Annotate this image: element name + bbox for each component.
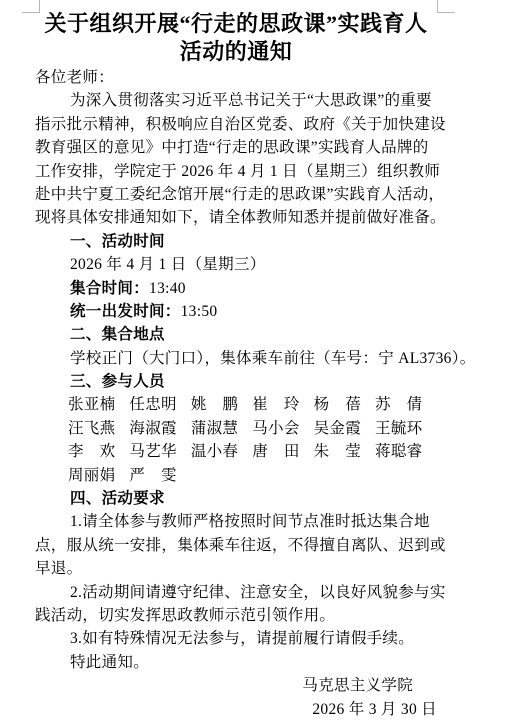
section-1-heading: 一、活动时间	[35, 230, 437, 253]
participant-name: 姚 鹏	[191, 393, 238, 416]
participant-name: 苏 倩	[375, 393, 422, 416]
intro-line: 指示批示精神，积极响应自治区党委、政府《关于加快建设	[35, 113, 437, 136]
requirement-2-line: 2.活动期间请遵守纪律、注意安全，以良好风貌参与实	[35, 581, 437, 604]
participant-name: 崔 玲	[252, 393, 299, 416]
requirement-2-line: 践活动，切实发挥思政教师示范引领作用。	[35, 604, 437, 627]
requirement-3-line: 3.如有特殊情况无法参与，请提前履行请假手续。	[35, 627, 437, 650]
participant-name: 张亚楠	[68, 393, 115, 416]
salutation: 各位老师：	[35, 66, 437, 89]
participant-name: 李 欢	[68, 440, 115, 463]
participant-name: 吴金霞	[314, 417, 361, 440]
notice-title-line-2: 活动的通知	[35, 38, 437, 66]
depart-time-value: 13:50	[181, 303, 218, 320]
participants-row: 李 欢 马艺华 温小春 唐 田 朱 莹 蒋聪睿	[35, 440, 437, 463]
participant-name: 唐 田	[252, 440, 299, 463]
participant-name: 海淑霞	[129, 417, 176, 440]
intro-line: 赴中共宁夏工委纪念馆开展“行走的思政课”实践育人活动，	[35, 183, 437, 206]
closing-line: 特此通知。	[35, 651, 437, 674]
participants-row: 张亚楠 任忠明 姚 鹏 崔 玲 杨 蓓 苏 倩	[35, 393, 437, 416]
participant-name: 杨 蓓	[314, 393, 361, 416]
signature-date: 2026 年 3 月 30 日	[35, 698, 437, 721]
intro-line: 为深入贯彻落实习近平总书记关于“大思政课”的重要	[35, 89, 437, 112]
participant-name: 蒲淑慧	[191, 417, 238, 440]
document-page: 关于组织开展“行走的思政课”实践育人 活动的通知 各位老师： 为深入贯彻落实习近…	[0, 0, 510, 723]
notice-document: 关于组织开展“行走的思政课”实践育人 活动的通知 各位老师： 为深入贯彻落实习近…	[35, 10, 437, 721]
notice-title-line-1: 关于组织开展“行走的思政课”实践育人	[35, 10, 437, 38]
participant-name: 任忠明	[129, 393, 176, 416]
section-4-heading: 四、活动要求	[35, 487, 437, 510]
gather-time-value: 13:40	[149, 280, 186, 297]
gather-time-label: 集合时间：	[70, 280, 149, 297]
text-boundary-mark-right	[437, 0, 455, 13]
meeting-place: 学校正门（大门口），集体乘车前往（车号：宁 AL3736）。	[35, 347, 437, 370]
gather-time-line: 集合时间：13:40	[35, 277, 437, 300]
participant-name: 朱 莹	[314, 440, 361, 463]
requirement-1-line: 点，服从统一安排，集体乘车往返，不得擅自离队、迟到或	[35, 534, 437, 557]
participants-row: 周丽娟 严 雯	[35, 464, 437, 487]
signature-org: 马克思主义学院	[35, 674, 437, 697]
section-2-heading: 二、集合地点	[35, 323, 437, 346]
section-3-heading: 三、参与人员	[35, 370, 437, 393]
participant-name: 汪飞燕	[68, 417, 115, 440]
participant-name: 马小会	[252, 417, 299, 440]
participant-name: 温小春	[191, 440, 238, 463]
participant-name: 蒋聪睿	[375, 440, 422, 463]
participant-name: 马艺华	[129, 440, 176, 463]
intro-line: 工作安排，学院定于 2026 年 4 月 1 日（星期三）组织教师	[35, 160, 437, 183]
intro-line: 教育强区的意见》中打造“行走的思政课”实践育人品牌的	[35, 136, 437, 159]
participant-name: 周丽娟	[68, 464, 115, 487]
requirement-1-line: 1.请全体参与教师严格按照时间节点准时抵达集合地	[35, 510, 437, 533]
depart-time-label: 统一出发时间：	[70, 303, 181, 320]
participant-name: 严 雯	[129, 464, 176, 487]
activity-date: 2026 年 4 月 1 日（星期三）	[35, 253, 437, 276]
requirement-1-line: 早退。	[35, 557, 437, 580]
notice-title: 关于组织开展“行走的思政课”实践育人 活动的通知	[35, 10, 437, 66]
participants-row: 汪飞燕 海淑霞 蒲淑慧 马小会 吴金霞 王毓环	[35, 417, 437, 440]
intro-line: 现将具体安排通知如下，请全体教师知悉并提前做好准备。	[35, 206, 437, 229]
participant-name: 王毓环	[375, 417, 422, 440]
depart-time-line: 统一出发时间：13:50	[35, 300, 437, 323]
